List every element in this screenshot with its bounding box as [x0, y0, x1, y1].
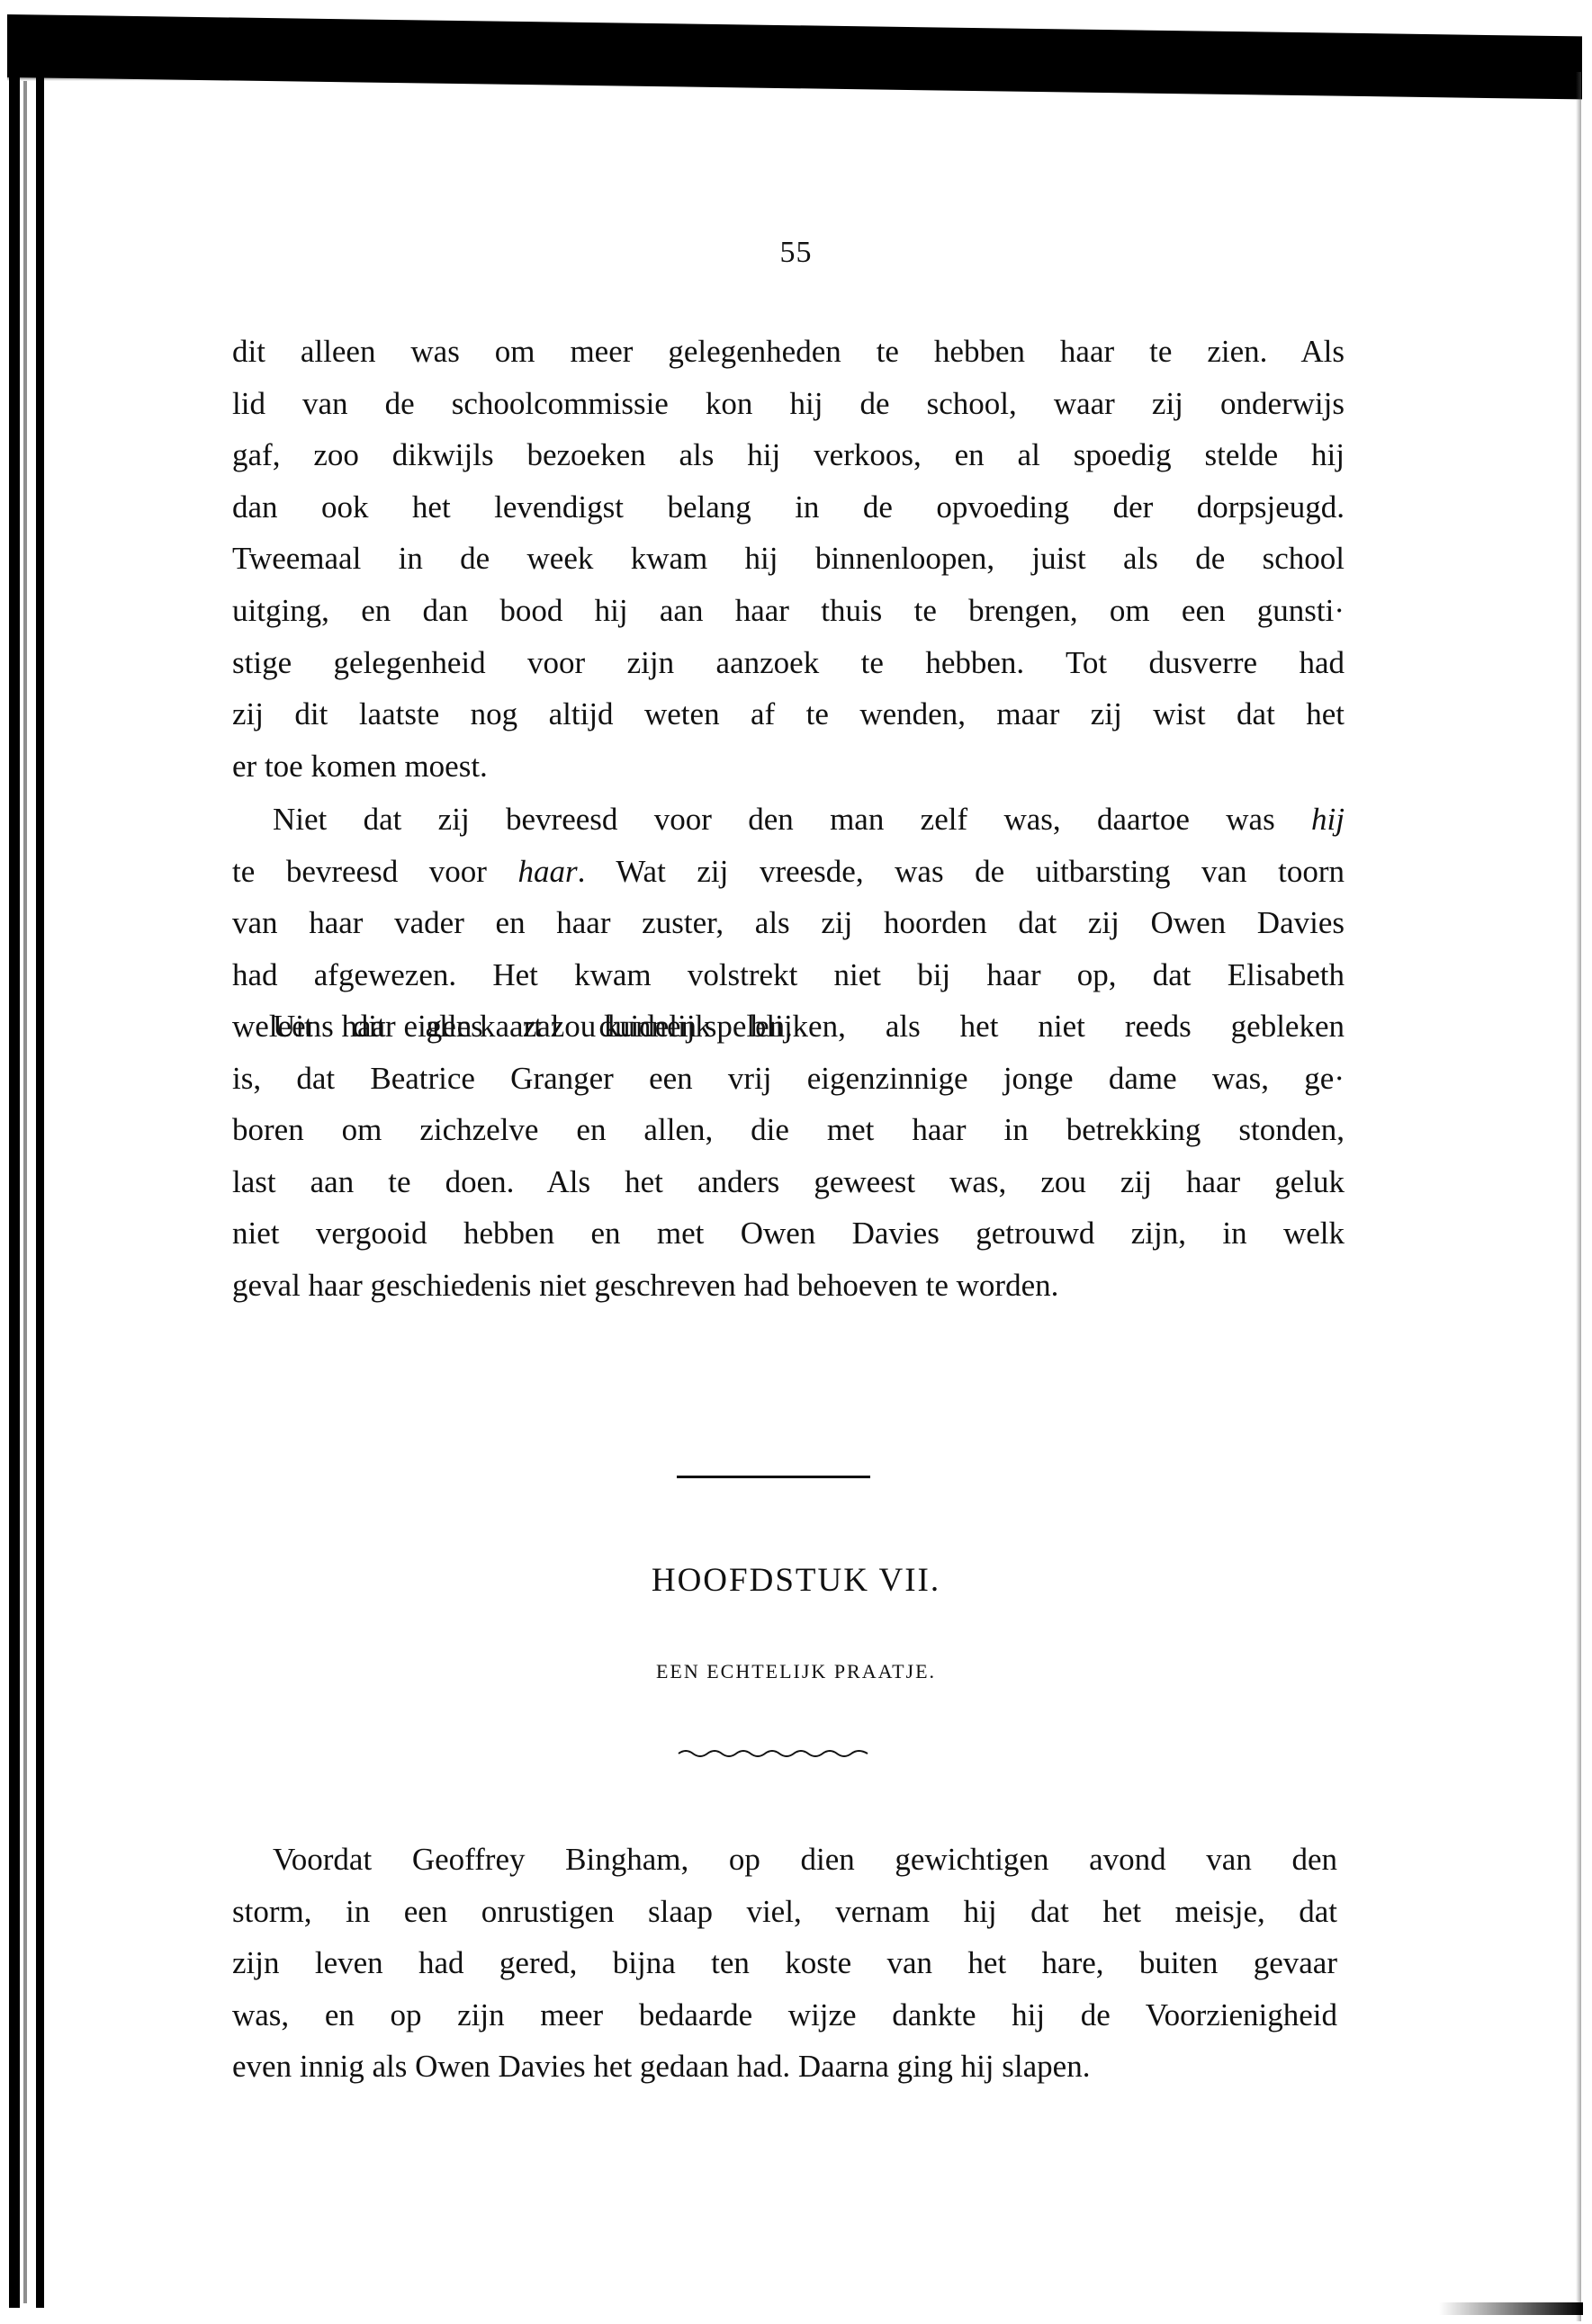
- text-line: geval haar geschiedenis niet geschreven …: [232, 1260, 1345, 1312]
- text-line: gaf, zoo dikwijls bezoeken als hij verko…: [232, 429, 1345, 481]
- text-line: was, en op zijn meer bedaarde wijze dank…: [232, 1989, 1337, 2041]
- text-segment: Niet dat zij bevreesd voor den man zelf …: [273, 802, 1345, 837]
- text-line: is, dat Beatrice Granger een vrij eigenz…: [232, 1053, 1345, 1105]
- chapter-subtitle: EEN ECHTELIJK PRAATJE.: [0, 1660, 1592, 1683]
- text-line: even innig als Owen Davies het gedaan ha…: [232, 2041, 1337, 2093]
- text-line: zijn leven had gered, bijna ten koste va…: [232, 1937, 1337, 1989]
- text-line: Tweemaal in de week kwam hij binnenloope…: [232, 533, 1345, 585]
- text-line: Niet dat zij bevreesd voor den man zelf …: [232, 794, 1345, 846]
- text-line: er toe komen moest.: [232, 740, 1345, 793]
- text-line: lid van de schoolcommissie kon hij de sc…: [232, 378, 1345, 430]
- scan-border-top-shadow: [7, 72, 1582, 81]
- text-line: zij dit laatste nog altijd weten af te w…: [232, 688, 1345, 740]
- scan-border-left-binding: [36, 76, 44, 2308]
- text-line: last aan te doen. Als het anders geweest…: [232, 1156, 1345, 1208]
- paragraph: Voordat Geoffrey Bingham, op dien gewich…: [232, 1834, 1337, 2093]
- text-line: uitging, en dan bood hij aan haar thuis …: [232, 585, 1345, 637]
- paragraph: Uit dit alles zal duidelijk blijken, als…: [232, 1000, 1345, 1312]
- text-segment: te bevreesd voor haar. Wat zij vreesde, …: [232, 854, 1345, 889]
- text-line: storm, in een onrustigen slaap viel, ver…: [232, 1886, 1337, 1938]
- text-line: dan ook het levendigst belang in de opvo…: [232, 481, 1345, 534]
- italic-word: hij: [1311, 802, 1345, 837]
- text-line: Uit dit alles zal duidelijk blijken, als…: [232, 1000, 1345, 1053]
- scan-border-left: [9, 76, 20, 2308]
- scan-border-right: [1576, 72, 1581, 2321]
- text-line: had afgewezen. Het kwam volstrekt niet b…: [232, 949, 1345, 1001]
- wavy-ornament-icon: [677, 1748, 870, 1761]
- text-line: boren om zichzelve en allen, die met haa…: [232, 1104, 1345, 1156]
- text-line: te bevreesd voor haar. Wat zij vreesde, …: [232, 846, 1345, 898]
- text-line: niet vergooid hebben en met Owen Davies …: [232, 1207, 1345, 1260]
- text-line: stige gelegenheid voor zijn aanzoek te h…: [232, 637, 1345, 689]
- scan-border-top: [7, 14, 1582, 99]
- text-line: dit alleen was om meer gelegenheden te h…: [232, 326, 1345, 378]
- italic-word: haar: [518, 854, 578, 889]
- text-line: van haar vader en haar zuster, als zij h…: [232, 897, 1345, 949]
- paragraph: dit alleen was om meer gelegenheden te h…: [232, 326, 1345, 792]
- text-line: Voordat Geoffrey Bingham, op dien gewich…: [232, 1834, 1337, 1886]
- chapter-title: HOOFDSTUK VII.: [0, 1561, 1592, 1600]
- horizontal-rule-icon: [677, 1476, 870, 1478]
- scan-border-left-inner: [23, 81, 27, 2303]
- page-number: 55: [0, 236, 1592, 270]
- scan-border-bottom-right: [1439, 2302, 1583, 2315]
